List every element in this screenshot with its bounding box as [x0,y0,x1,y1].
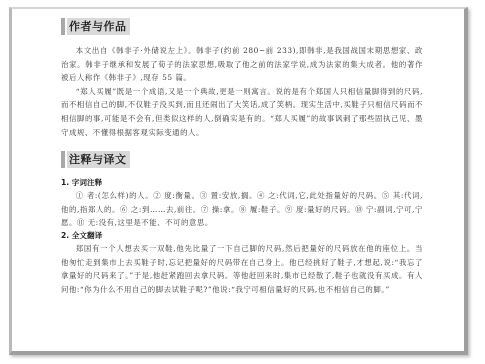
section-heading-author-works: 作者与作品 [61,18,423,35]
paragraph-word-notes: ① 者:(怎么样)的人。② 度:衡量。③ 置:安放,搁。④ 之:代词,它,此处指… [61,189,423,230]
section-title: 作者与作品 [67,18,130,35]
subheading-word-notes: 1. 字词注释 [61,177,423,189]
page-content: 作者与作品 本文出自《韩非子·外储说左上》。韩非子(约前 280~前 233),… [61,18,423,296]
document-page: 作者与作品 本文出自《韩非子·外储说左上》。韩非子(约前 280~前 233),… [9,7,468,355]
heading-marker-bar [61,151,65,168]
paragraph-source-intro: 本文出自《韩非子·外储说左上》。韩非子(约前 280~前 233),即韩非,是我… [61,44,423,85]
section-heading-notes-translation: 注释与译文 [61,151,423,168]
subheading-full-translation: 2. 全文翻译 [61,230,423,242]
heading-marker-bar [61,18,65,35]
paragraph-idiom-explanation: “郑人买履”既是一个成语,又是一个典故,更是一则寓言。说的是有个郑国人只相信量脚… [61,85,423,139]
section-title: 注释与译文 [67,151,130,168]
paragraph-full-translation: 郑国有一个人想去买一双鞋,他先比量了一下自己脚的尺码,然后把量好的尺码放在他的座… [61,242,423,296]
